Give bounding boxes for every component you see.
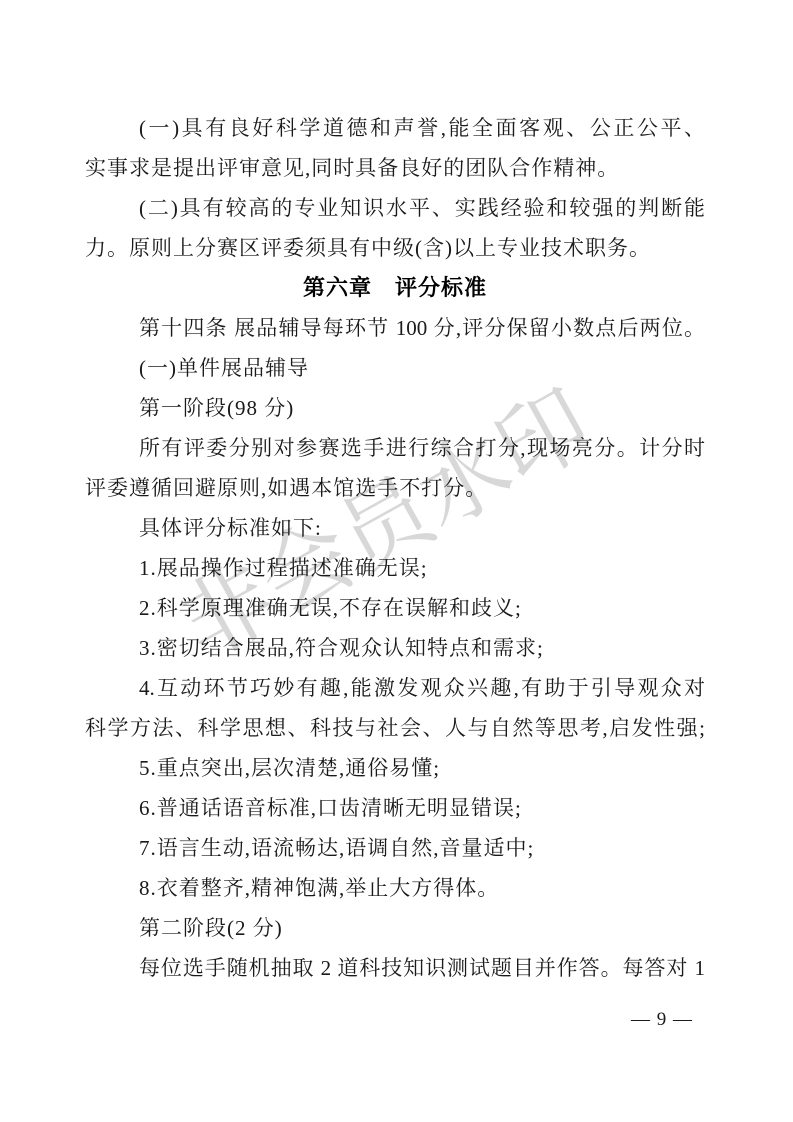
list-item: 5.重点突出,层次清楚,通俗易懂; [85, 748, 705, 788]
list-item: 2.科学原理准确无误,不存在误解和歧义; [85, 588, 705, 628]
list-item: 6.普通话语音标准,口齿清晰无明显错误; [85, 788, 705, 828]
text-line: 科学方法、科学思想、科技与社会、人与自然等思考,启发性强; [85, 708, 705, 748]
list-item: 8.衣着整齐,精神饱满,举止大方得体。 [85, 868, 705, 908]
list-item: 4.互动环节巧妙有趣,能激发观众兴趣,有助于引导观众对 [85, 668, 705, 708]
chapter-heading: 第六章 评分标准 [85, 268, 705, 308]
text-line: 第二阶段(2 分) [85, 908, 705, 948]
text-line: (一)具有良好科学道德和声誉,能全面客观、公正公平、 [85, 108, 705, 148]
list-item: 1.展品操作过程描述准确无误; [85, 548, 705, 588]
document-body: (一)具有良好科学道德和声誉,能全面客观、公正公平、 实事求是提出评审意见,同时… [85, 108, 705, 988]
text-line: 第十四条 展品辅导每环节 100 分,评分保留小数点后两位。 [85, 308, 705, 348]
text-line: 每位选手随机抽取 2 道科技知识测试题目并作答。每答对 1 [85, 948, 705, 988]
list-item: 7.语言生动,语流畅达,语调自然,音量适中; [85, 828, 705, 868]
text-line: 力。原则上分赛区评委须具有中级(含)以上专业技术职务。 [85, 228, 705, 268]
text-line: 实事求是提出评审意见,同时具备良好的团队合作精神。 [85, 148, 705, 188]
text-line: 所有评委分别对参赛选手进行综合打分,现场亮分。计分时 [85, 428, 705, 468]
text-line: 第一阶段(98 分) [85, 388, 705, 428]
text-line: 具体评分标准如下: [85, 508, 705, 548]
document-page: 非会员水印 (一)具有良好科学道德和声誉,能全面客观、公正公平、 实事求是提出评… [0, 0, 793, 1122]
page-number: — 9 — [631, 1006, 693, 1034]
list-item: 3.密切结合展品,符合观众认知特点和需求; [85, 628, 705, 668]
text-line: (二)具有较高的专业知识水平、实践经验和较强的判断能 [85, 188, 705, 228]
text-line: (一)单件展品辅导 [85, 348, 705, 388]
text-line: 评委遵循回避原则,如遇本馆选手不打分。 [85, 468, 705, 508]
